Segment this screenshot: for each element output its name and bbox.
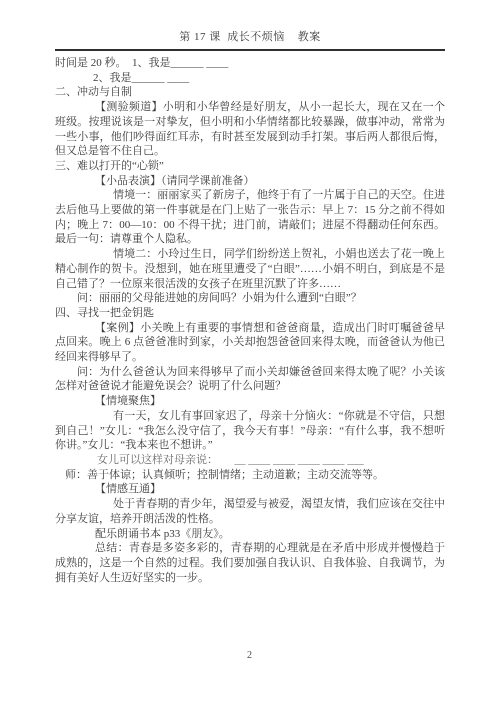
para-youth-statement: 处于青春期的青少年，渴望爱与被爱，渴望友情，我们应该在交往中分享友谊，培养开朗活…	[55, 497, 445, 526]
para-skit-performance: 【小品表演】（请同学课前准备）	[55, 174, 445, 189]
para-scene-1: 情境一：丽丽家买了新房子，他终于有了一片属于自己的天空。住进去后他马上要做的第一…	[55, 188, 445, 247]
para-question-1: 问：丽丽的父母能进她的房间吗？小娟为什么遭到“白眼”？	[55, 291, 445, 306]
para-focus-heading: 【情境聚焦】	[55, 394, 445, 409]
para-case-study: 【案例】小关晚上有重要的事情想和爸爸商量，造成出门时叮嘱爸爸早点回来。晚上 6 …	[55, 321, 445, 365]
page-footer: 2	[0, 650, 499, 661]
page-title: 第 17 课 成长不烦恼 教案	[55, 30, 445, 51]
para-scene-2: 情境二：小玲过生日，同学们纷纷送上贺礼，小娟也送去了花一晚上精心制作的贺卡。没想…	[55, 247, 445, 291]
line-blank-2: 2、我是______ ____	[55, 71, 445, 86]
document-body: 时间是 20 秒。 1、我是______ ____ 2、我是______ ___…	[55, 56, 445, 585]
line-time-and-blank-1: 时间是 20 秒。 1、我是______ ____	[55, 56, 445, 71]
para-summary: 总结：青春是多姿多彩的，青春期的心理就是在矛盾中形成并慢慢趋于成熟的，这是一个自…	[55, 541, 445, 585]
para-daughter-answer-blank: 女儿可以这样对母亲说： __ ____ ____ ____ ____ ___	[55, 453, 445, 468]
section-4-heading: 四、寻找一把金钥匙	[55, 306, 445, 321]
para-music-reading: 配乐朗诵书本 p33《朋友》。	[55, 527, 445, 542]
para-emotion-heading: 【情感互通】	[55, 482, 445, 497]
para-mother-daughter-dialog: 有一天，女儿有事回家迟了，母亲十分恼火：“你就是不守信，只想到自己！”女儿：“我…	[55, 409, 445, 453]
para-test-channel: 【测验频道】小明和小华曾经是好朋友，从小一起长大，现在又在一个班级。按理说该是一…	[55, 100, 445, 159]
para-teacher-answer: 师：善于体谅；认真倾听；控制情绪；主动道歉；主动交流等等。	[55, 468, 445, 483]
para-question-2: 问：为什么爸爸认为回来得够早了而小关却嫌爸爸回来得太晚了呢？小关该怎样对爸爸说才…	[55, 365, 445, 394]
page-number: 2	[247, 650, 252, 661]
section-3-heading: 三、难以打开的“心锁”	[55, 159, 445, 174]
document-page: 第 17 课 成长不烦恼 教案 时间是 20 秒。 1、我是______ ___…	[0, 0, 499, 705]
section-2-heading: 二、冲动与自制	[55, 85, 445, 100]
